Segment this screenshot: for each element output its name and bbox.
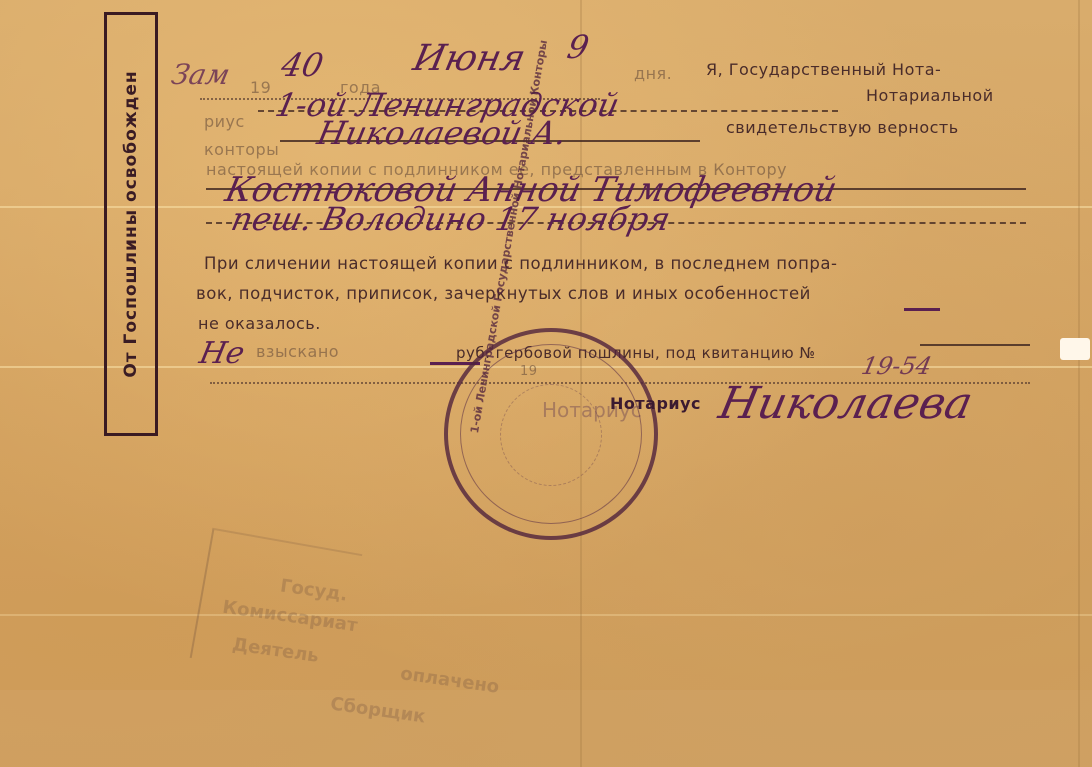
paper-lower-band [0, 690, 1092, 767]
handwritten-fee-number: 19-54 [859, 352, 934, 380]
printed-office-prefix: конторы [204, 140, 279, 159]
handwritten-dash [904, 308, 940, 311]
fee-exemption-stamp-text: От Госпошлины освобожден [121, 70, 141, 377]
fold-line [0, 614, 1092, 616]
printed-certify: свидетельствую верность [726, 118, 959, 137]
handwritten-presenter-address: пеш. Володино 17 ноября [228, 200, 674, 238]
seal-notary-word: Нотариус [610, 394, 701, 413]
printed-fee-collected: взыскано [256, 342, 339, 361]
notary-office-seal: Нотариус 1-ой Ленинградской Государствен… [444, 328, 658, 540]
printed-intro: Я, Государственный Нота- [706, 60, 941, 79]
printed-paragraph-line: не оказалось. [198, 314, 321, 333]
fee-exemption-stamp: От Госпошлины освобожден [104, 12, 158, 436]
paper-tear [1060, 338, 1090, 360]
handwritten-mark-ne: Не [196, 336, 247, 371]
notary-signature: Николаева [715, 378, 977, 429]
printed-year-label: 19 [250, 78, 271, 97]
fold-line [1078, 0, 1080, 767]
printed-notary-prefix: риус [204, 112, 245, 131]
printed-paragraph-line: При сличении настоящей копии с подлинник… [204, 254, 837, 273]
printed-day-word: дня. [634, 64, 672, 83]
form-rule [920, 344, 1030, 346]
handwritten-month: Июня [410, 38, 529, 79]
printed-office-word: Нотариальной [866, 86, 994, 105]
handwritten-year: 40 [278, 46, 327, 84]
handwritten-day-prefix: Зам [168, 58, 232, 91]
